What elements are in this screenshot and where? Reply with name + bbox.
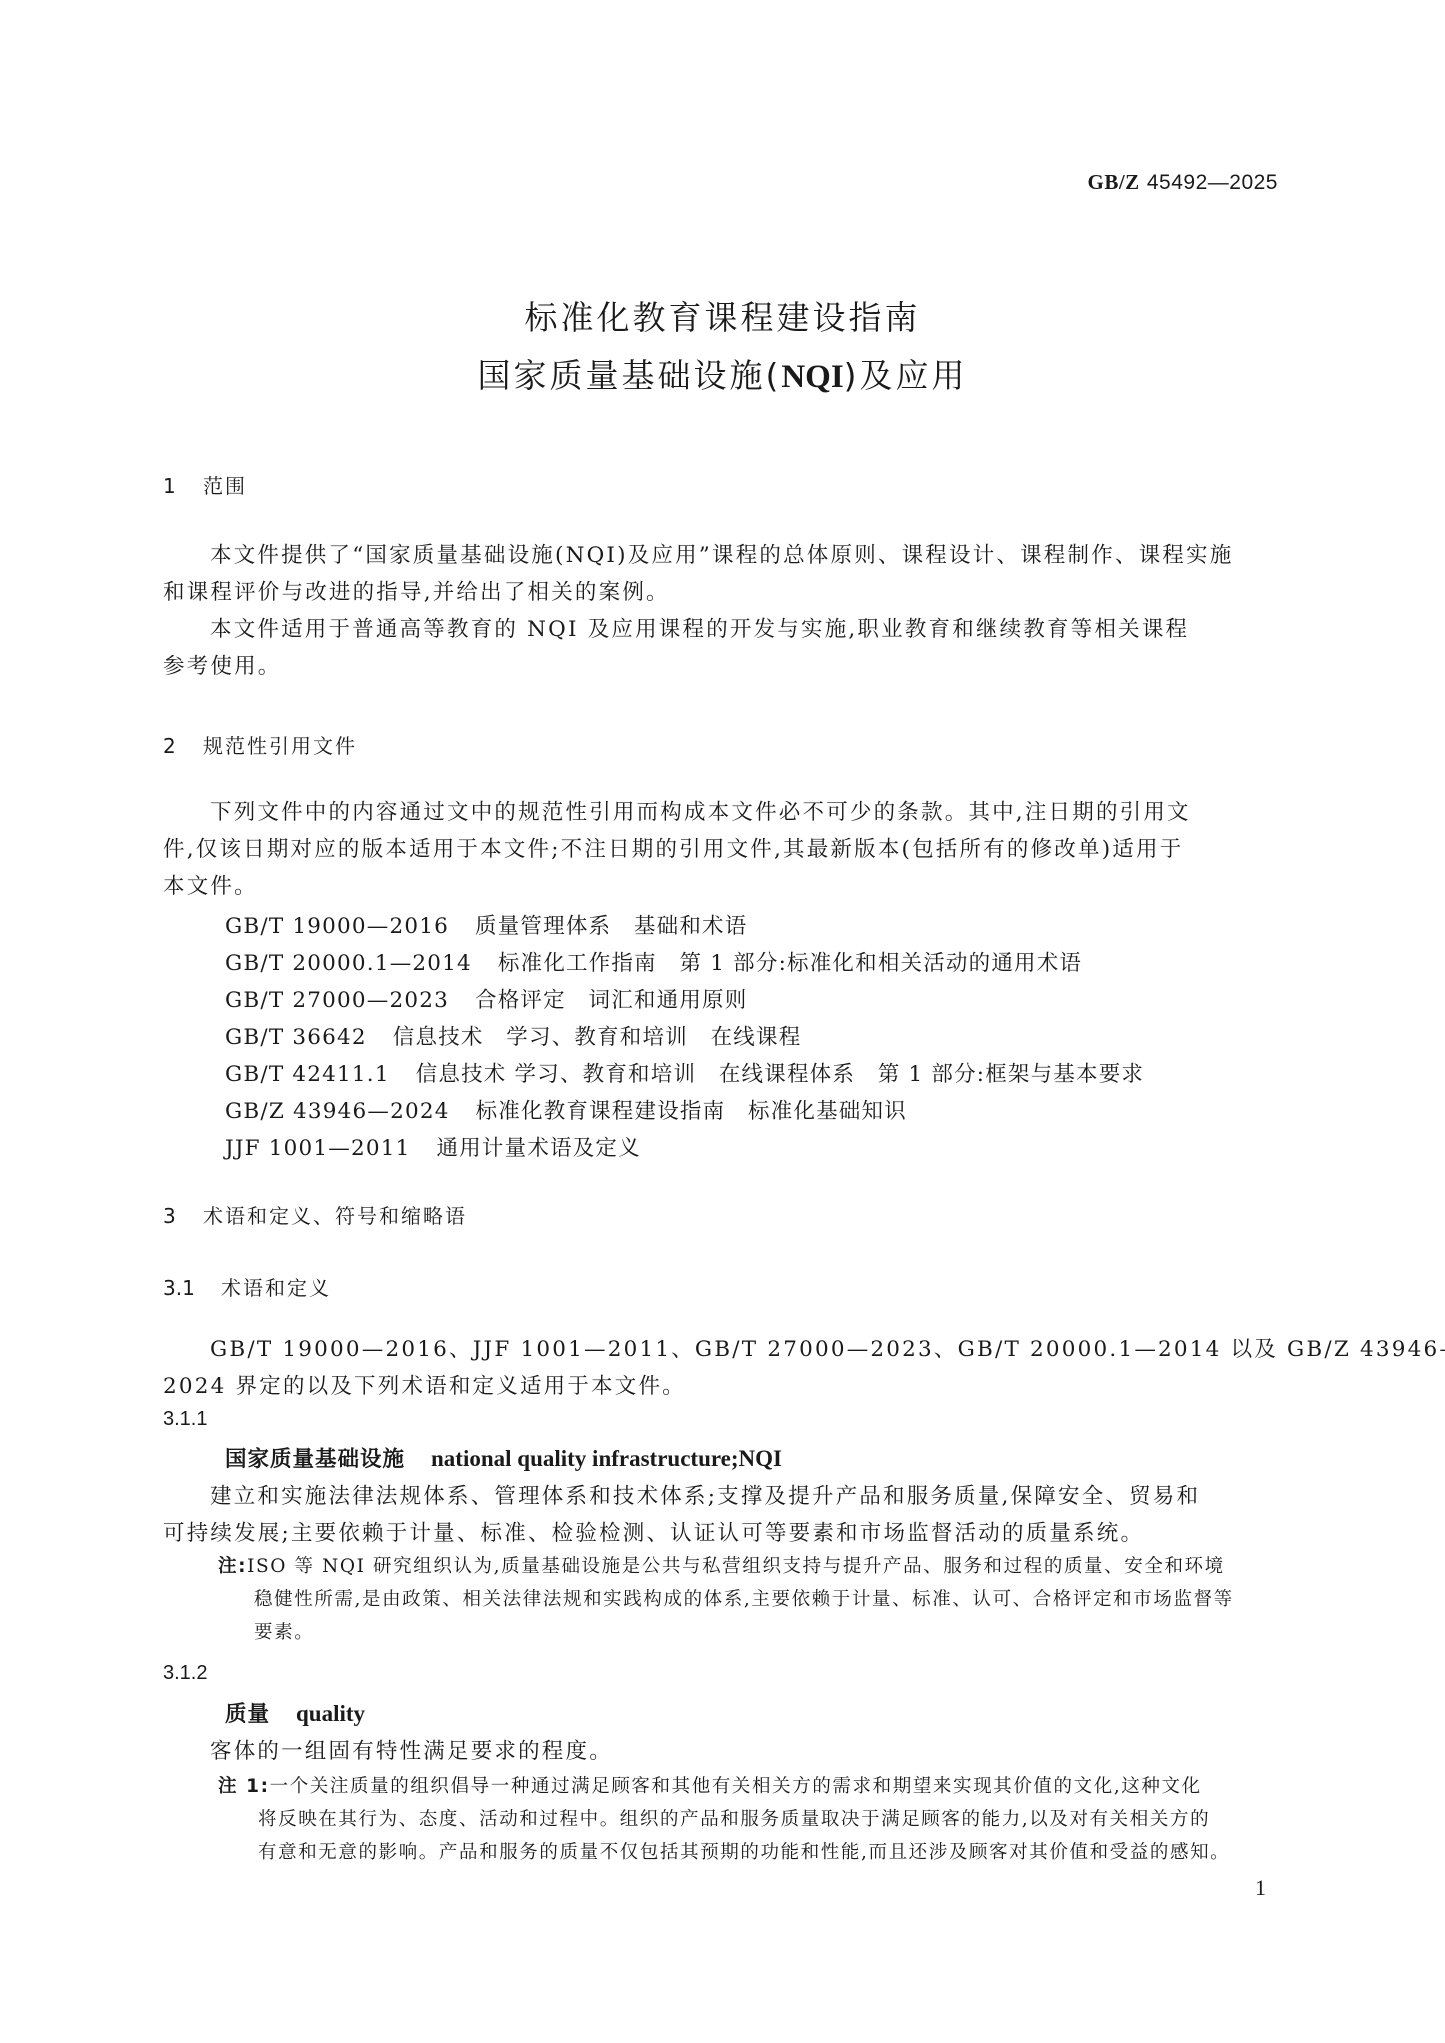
- term-number: 3.1.1: [163, 1408, 207, 1431]
- code-number: 45492—2025: [1147, 171, 1278, 194]
- term-heading: 质量quality: [225, 1697, 365, 1728]
- code-prefix: GB/Z: [1088, 170, 1140, 194]
- reference-item: GB/T 36642信息技术 学习、教育和培训 在线课程: [225, 1020, 801, 1051]
- section-1-paragraph-1: 本文件提供了“国家质量基础设施(NQI)及应用”课程的总体原则、课程设计、课程制…: [163, 537, 1278, 685]
- term-heading: 国家质量基础设施national quality infrastructure;…: [225, 1442, 782, 1473]
- reference-item: JJF 1001—2011通用计量术语及定义: [225, 1131, 641, 1162]
- section-2-paragraph: 下列文件中的内容通过文中的规范性引用而构成本文件必不可少的条款。其中,注日期的引…: [163, 794, 1278, 905]
- section-heading-3-1: 3.1术语和定义: [163, 1272, 331, 1301]
- document-code: GB/Z 45492—2025: [1088, 170, 1279, 195]
- term-number: 3.1.2: [163, 1662, 207, 1685]
- reference-item: GB/T 19000—2016质量管理体系 基础和术语: [225, 909, 747, 940]
- term-definition: 建立和实施法律法规体系、管理体系和技术体系;支撑及提升产品和服务质量,保障安全、…: [163, 1478, 1278, 1552]
- reference-item: GB/T 20000.1—2014标准化工作指南 第 1 部分:标准化和相关活动…: [225, 946, 1082, 977]
- reference-item: GB/T 27000—2023合格评定 词汇和通用原则: [225, 983, 747, 1014]
- section-heading-2: 2规范性引用文件: [163, 730, 357, 759]
- section-heading-3: 3术语和定义、符号和缩略语: [163, 1200, 467, 1229]
- title-line-2: 国家质量基础设施(NQI)及应用: [0, 350, 1445, 397]
- section-heading-1: 1范围: [163, 470, 247, 499]
- title-abbr: NQI: [781, 359, 843, 395]
- reference-item: GB/Z 43946—2024标准化教育课程建设指南 标准化基础知识: [225, 1094, 907, 1125]
- title-line-1: 标准化教育课程建设指南: [0, 292, 1445, 339]
- term-definition: 客体的一组固有特性满足要求的程度。: [163, 1733, 1278, 1770]
- reference-item: GB/T 42411.1信息技术 学习、教育和培训 在线课程体系 第 1 部分:…: [225, 1057, 1144, 1088]
- section-3-1-paragraph: GB/T 19000—2016、JJF 1001—2011、GB/T 27000…: [163, 1331, 1278, 1405]
- term-note: 注 1:一个关注质量的组织倡导一种通过满足顾客和其他有关相关方的需求和期望来实现…: [218, 1770, 1230, 1869]
- page-number: 1: [1255, 1875, 1266, 1901]
- term-note: 注:ISO 等 NQI 研究组织认为,质量基础设施是公共与私营组织支持与提升产品…: [218, 1550, 1234, 1649]
